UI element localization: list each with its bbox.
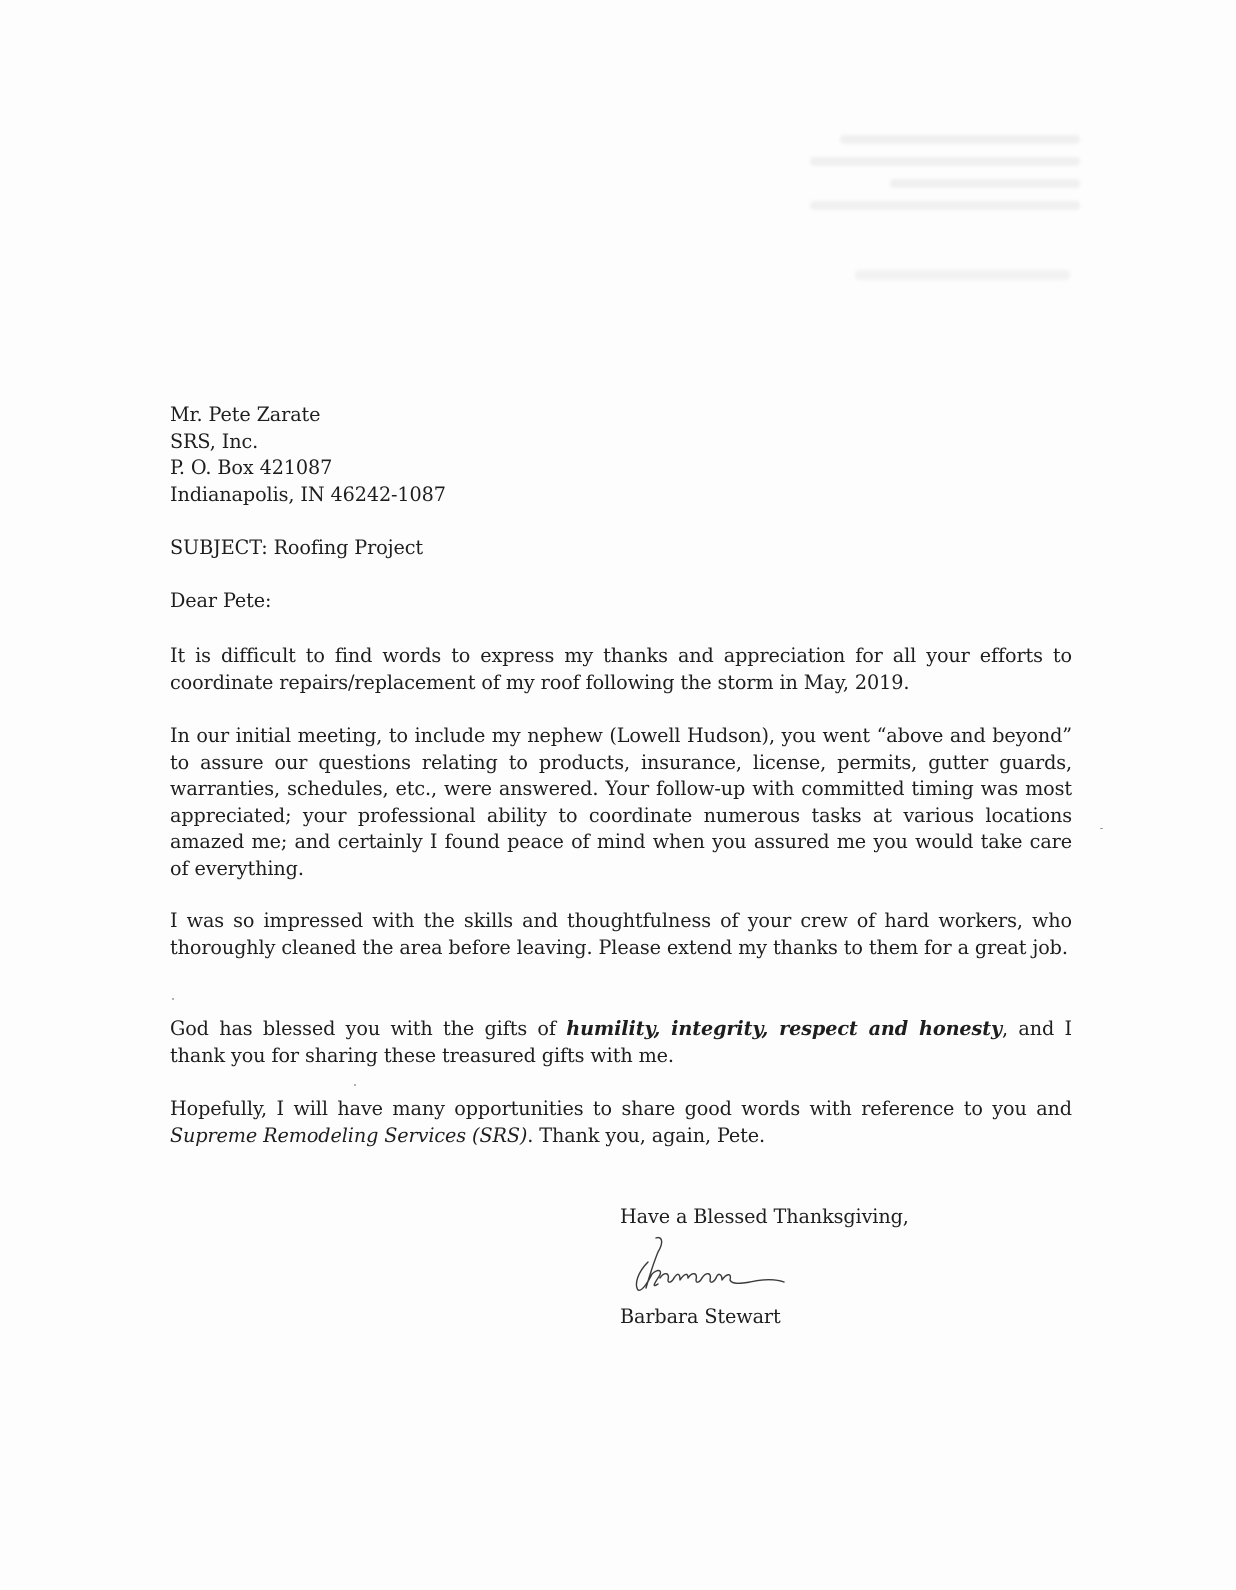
recipient-po-box: P. O. Box 421087 (170, 455, 446, 482)
paragraph-1: It is difficult to find words to express… (170, 643, 1072, 696)
paragraph-4: God has blessed you with the gifts of hu… (170, 1016, 1072, 1069)
recipient-address: Mr. Pete Zarate SRS, Inc. P. O. Box 4210… (170, 402, 446, 508)
faded-date-line (855, 270, 1070, 280)
company-name-italic: Supreme Remodeling Services (SRS) (170, 1124, 527, 1147)
scan-speck (354, 1084, 356, 1086)
faded-sender-address-block (800, 135, 1080, 223)
recipient-city-state-zip: Indianapolis, IN 46242-1087 (170, 482, 446, 509)
paragraph-3: I was so impressed with the skills and t… (170, 908, 1072, 961)
paragraph-5: Hopefully, I will have many opportunitie… (170, 1096, 1072, 1149)
paragraph-5-text: Hopefully, I will have many opportunitie… (170, 1097, 1072, 1120)
closing: Have a Blessed Thanksgiving, (620, 1204, 909, 1231)
handwritten-signature (628, 1232, 798, 1302)
paragraph-2: In our initial meeting, to include my ne… (170, 723, 1072, 883)
scan-speck (172, 998, 174, 1000)
signer-name: Barbara Stewart (620, 1304, 781, 1331)
paragraph-4-text: God has blessed you with the gifts of (170, 1017, 566, 1040)
scan-speck (1100, 828, 1103, 829)
subject-line: SUBJECT: Roofing Project (170, 535, 423, 562)
letter-page: Mr. Pete Zarate SRS, Inc. P. O. Box 4210… (0, 0, 1236, 1590)
recipient-company: SRS, Inc. (170, 429, 446, 456)
paragraph-5-text-end: . Thank you, again, Pete. (527, 1124, 765, 1147)
virtues-emphasis: humility, integrity, respect and honesty (566, 1017, 1002, 1040)
salutation: Dear Pete: (170, 588, 271, 615)
recipient-name: Mr. Pete Zarate (170, 402, 446, 429)
